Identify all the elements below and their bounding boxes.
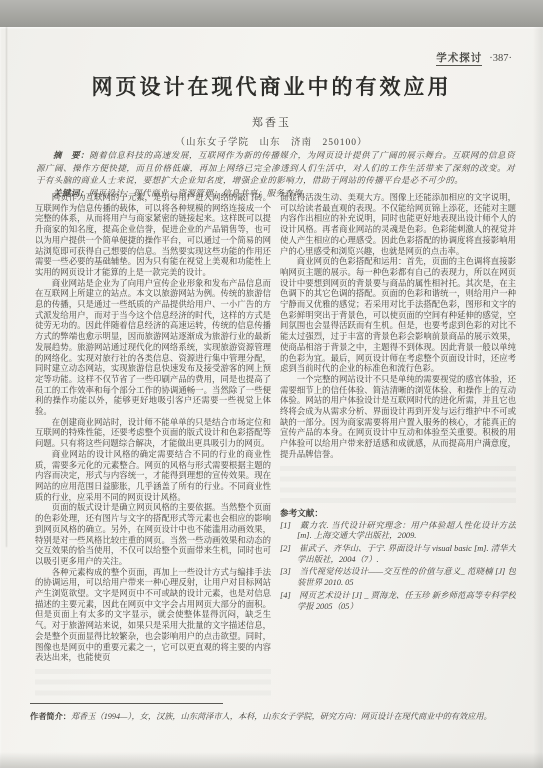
body-paragraph: 在创建商业网站时，设计师不能单单的只是结合市场定位和互联网的特殊性能，还要考虑整… (35, 418, 271, 450)
scanned-journal-page: 学术探讨·387· 网页设计在现代商业中的有效应用 郑香玉 （山东女子学院 山东… (0, 0, 543, 768)
journal-header: 学术探讨·387· (436, 50, 512, 65)
bleed-through (35, 669, 271, 699)
author-bio: 作者简介：郑香玉（1994—），女，汉族，山东菏泽市人，本科，山东女子学院，研究… (30, 711, 516, 722)
body-paragraph: 各种元素构成的整个页面，再加上一些设计方式与编排手法的协调运用，可以给用户带来一… (35, 568, 271, 664)
reference-list: [1] 戴力农. 当代设计研究理念：用户体验超人性化设计方法 [m]. 上海交通… (280, 521, 516, 613)
abstract-text: 随着信息科技的高速发展，互联网作为新的传播媒介，为网页设计提供了广阔的展示舞台。… (36, 150, 515, 185)
author-bio-text: 郑香玉（1994—），女，汉族，山东菏泽市人，本科，山东女子学院，研究方向：网页… (71, 712, 492, 721)
author-bio-label: 作者简介： (30, 712, 71, 721)
body-paragraph: 一个完整的网站设计不只是单纯的需要视觉的感官体验，还需要细节上的信任体验、简洁清… (280, 375, 516, 461)
body-left-column: 网页作为互联网的子元素，是引导用户进入网络的敲门砖。互联网作为信息传播的载体，可… (35, 193, 271, 699)
body-right-column: 面显得活泼生动、美观大方。图像上还能添加相应的文字说明，可以给读者最直观的表现。… (280, 193, 516, 699)
author-affiliation: （山东女子学院 山东 济南 250100） (0, 134, 543, 148)
page-number: ·387· (489, 53, 512, 64)
reference-item: [2] 崔武子、齐华山、于宁. 界面设计与 visual basic [m]. … (280, 544, 516, 565)
body-paragraph: 页面的版式设计是确立网页风格的主要依据。当然整个页面的色彩处理，还有图片与文字的… (35, 503, 271, 567)
body-paragraph: 商业网站的设计风格的确定需要结合不同的行业的商业性质，需要多元化的元素整合。网页… (35, 450, 271, 504)
left-paragraphs: 网页作为互联网的子元素，是引导用户进入网络的敲门砖。互联网作为信息传播的载体，可… (35, 193, 271, 664)
body-paragraph: 网页作为互联网的子元素，是引导用户进入网络的敲门砖。互联网作为信息传播的载体，可… (35, 193, 271, 279)
body-paragraph: 商业网页的色彩搭配和运用：首先，页面的主色调将直接影响网页主题的展示。每一种色彩… (280, 257, 516, 375)
abstract-block: 摘 要：随着信息科技的高速发展，互联网作为新的传播媒介，为网页设计提供了广阔的展… (36, 149, 515, 199)
reference-item: [4] 网页艺术设计 [J] _ 贾海龙、任玉珍 新乡师范高等专科学校学报 20… (280, 591, 516, 612)
abstract-paragraph: 摘 要：随着信息科技的高速发展，互联网作为新的传播媒介，为网页设计提供了广阔的展… (36, 149, 515, 187)
footnote-divider (30, 703, 223, 704)
abstract-label: 摘 要： (53, 150, 89, 160)
body-paragraph: 面显得活泼生动、美观大方。图像上还能添加相应的文字说明，可以给读者最直观的表现。… (280, 193, 516, 257)
body-columns: 网页作为互联网的子元素，是引导用户进入网络的敲门砖。互联网作为信息传播的载体，可… (35, 193, 516, 699)
reference-item: [3] 当代视觉传达设计——交互性的价值与意义_ 范晓楠 [J] 包装世界 20… (280, 567, 516, 588)
scan-top-edge (0, 0, 543, 27)
author-name: 郑香玉 (0, 114, 543, 130)
references-heading: 参考文献： (280, 507, 516, 519)
paper-sheet: 学术探讨·387· 网页设计在现代商业中的有效应用 郑香玉 （山东女子学院 山东… (0, 27, 543, 768)
reference-item: [1] 戴力农. 当代设计研究理念：用户体验超人性化设计方法 [m]. 上海交通… (280, 521, 516, 542)
bottom-edge-shade (0, 752, 543, 768)
fold-line (6, 27, 7, 547)
right-paragraphs: 面显得活泼生动、美观大方。图像上还能添加相应的文字说明，可以给读者最直观的表现。… (280, 193, 516, 461)
body-paragraph: 商业网站是企业为了向用户宣传企业形象和发布产品信息而在互联网上所建立的站点。本文… (35, 279, 271, 418)
journal-section-label: 学术探讨 (436, 52, 482, 66)
bleed-through (280, 466, 516, 504)
paper-title: 网页设计在现代商业中的有效应用 (0, 71, 543, 101)
